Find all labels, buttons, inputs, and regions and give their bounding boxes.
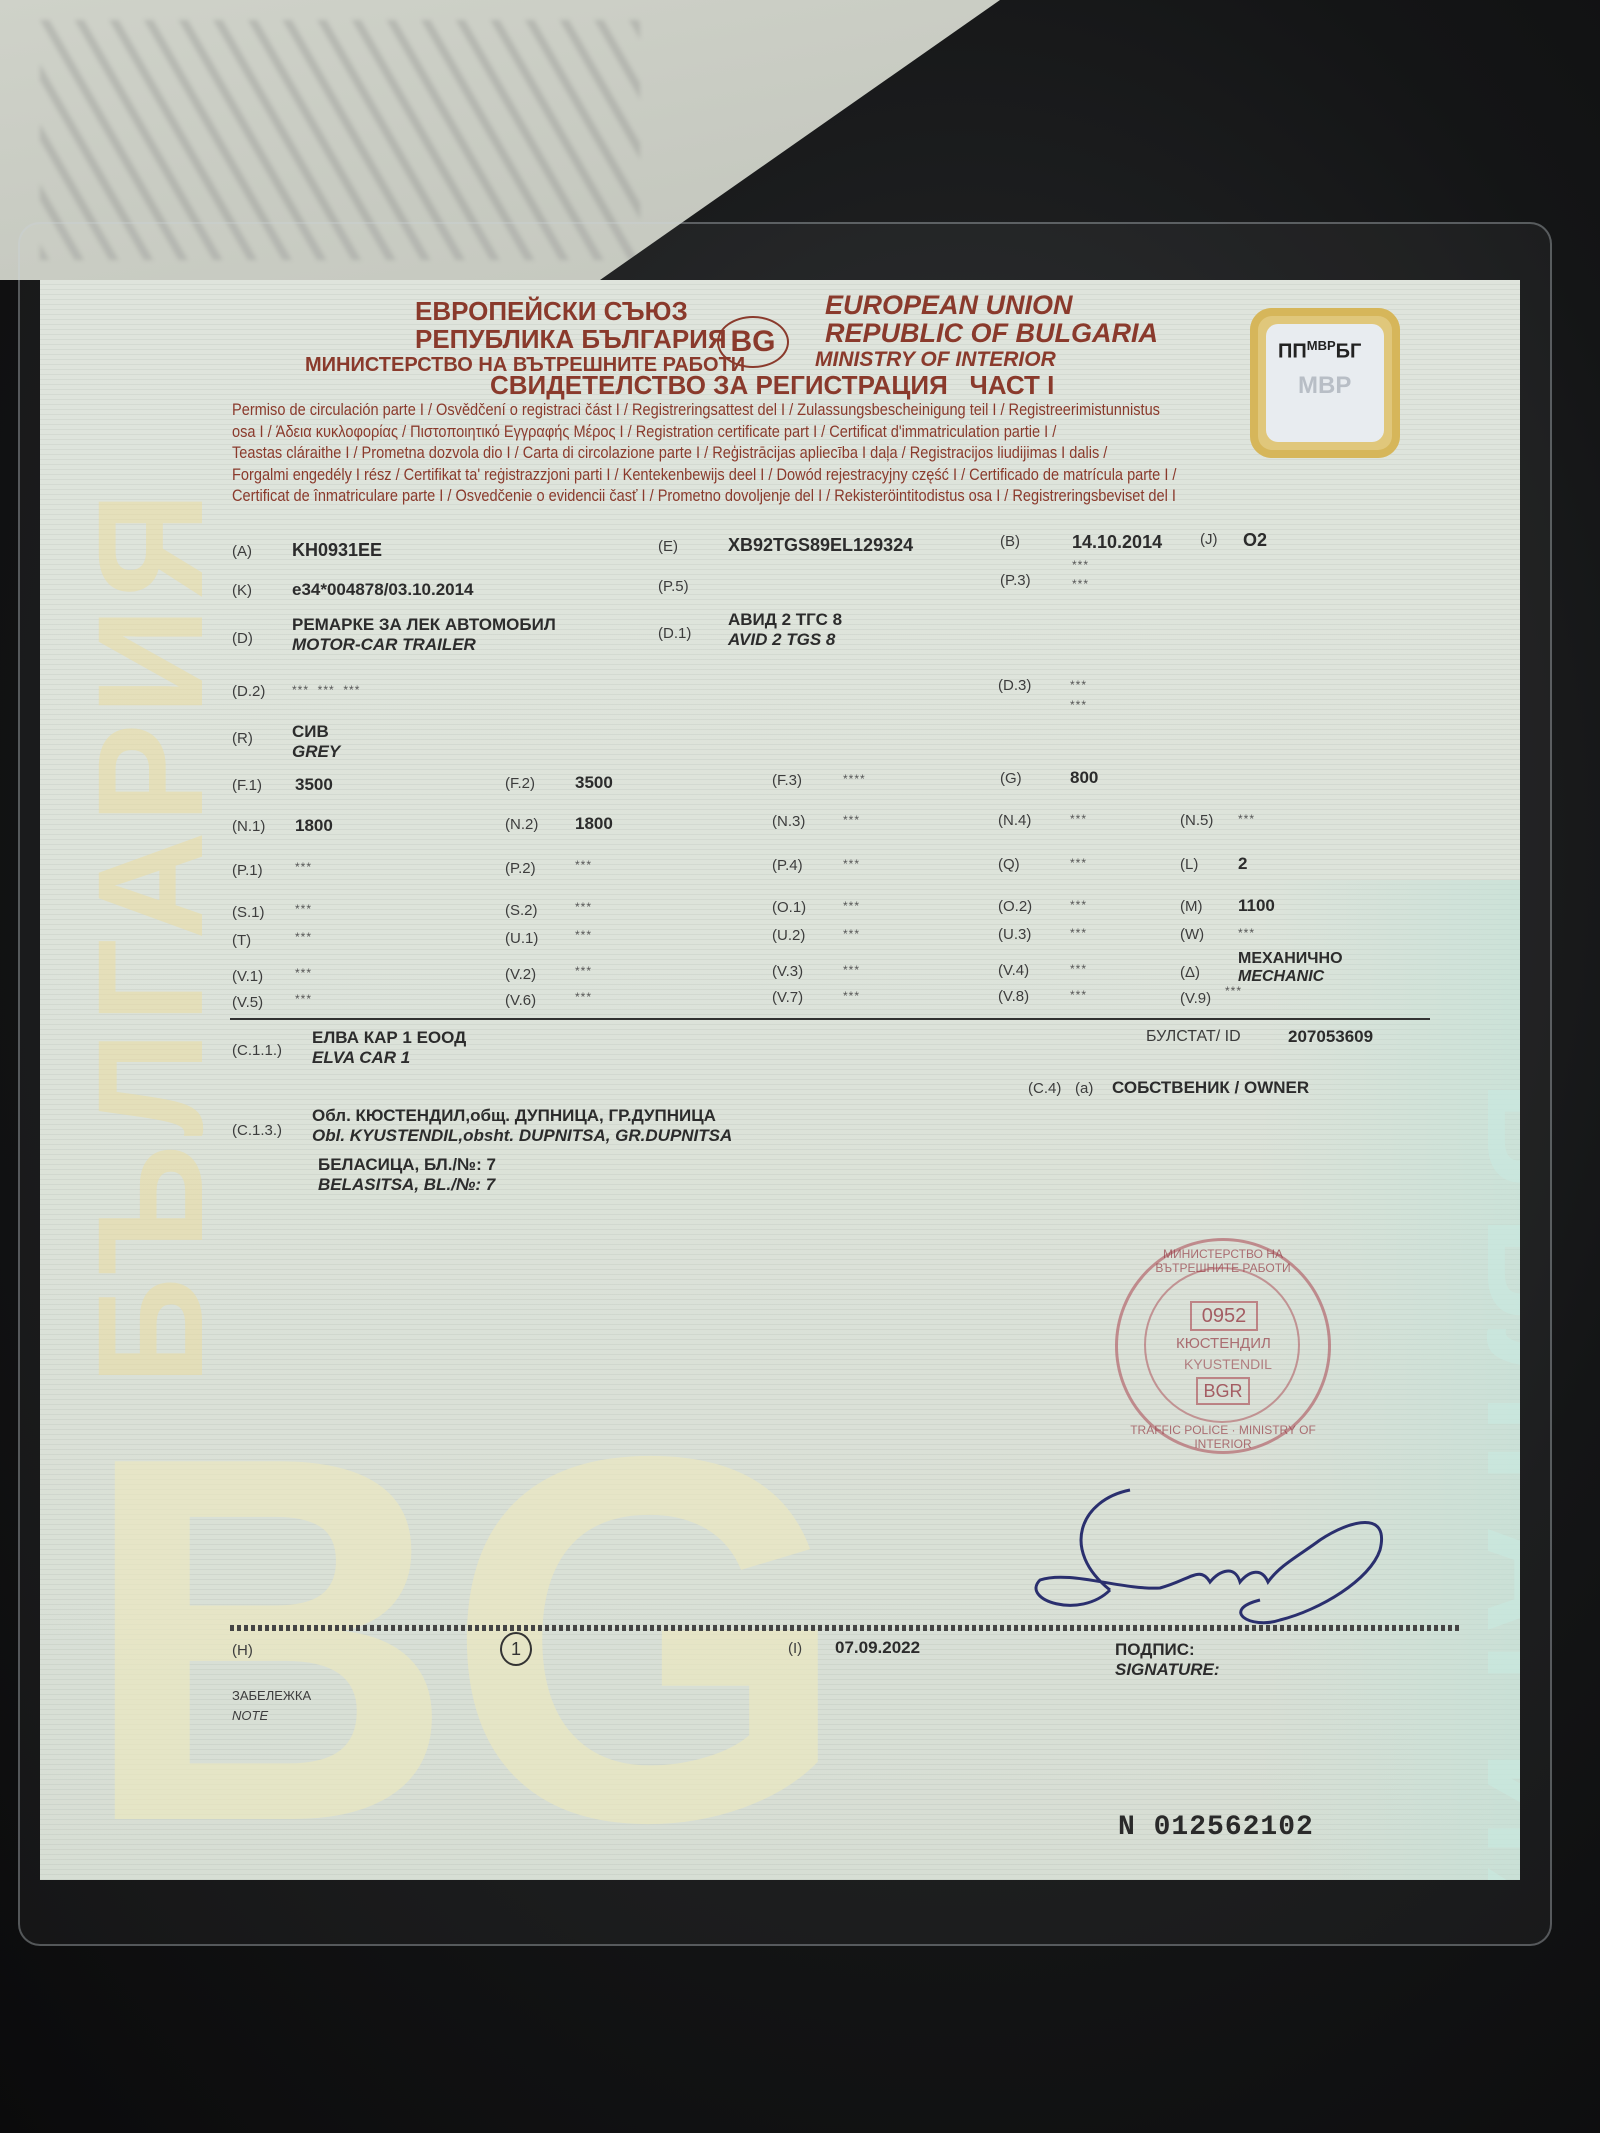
field-R-label: (R) — [232, 730, 253, 747]
field-V4-label: (V.4) — [998, 962, 1029, 979]
field-P4-label: (P.4) — [772, 857, 803, 874]
signature-scribble — [1000, 1470, 1400, 1630]
field-V8-label: (V.8) — [998, 988, 1029, 1005]
field-C13-label: (C.1.3.) — [232, 1122, 282, 1139]
field-V8-value: *** — [1070, 988, 1087, 1002]
field-F1-value: 3500 — [295, 775, 333, 795]
dotted-separator — [230, 1625, 1460, 1631]
field-W-value: *** — [1238, 926, 1255, 940]
bulstat-label: БУЛСТАТ/ ID — [1146, 1028, 1241, 1046]
field-S2-label: (S.2) — [505, 902, 538, 919]
multilingual-title-block: Permiso de circulación parte I / Osvědče… — [232, 400, 1213, 508]
field-G-label: (G) — [1000, 770, 1022, 787]
header-republic-en: REPUBLIC OF BULGARIA — [825, 318, 1158, 349]
field-D-make-en: MOTOR-CAR TRAILER — [292, 635, 476, 655]
watermark-bulgaria-left: БЪЛГАРИЯ — [85, 505, 215, 1385]
field-V1-value: *** — [295, 966, 312, 980]
field-C11-label: (C.1.1.) — [232, 1042, 282, 1059]
field-U3-label: (U.3) — [998, 926, 1031, 943]
field-V9-label: (V.9) — [1180, 990, 1211, 1007]
field-N1-label: (N.1) — [232, 818, 265, 835]
field-N5-label: (N.5) — [1180, 812, 1213, 829]
field-S1-label: (S.1) — [232, 904, 265, 921]
field-M-label: (M) — [1180, 898, 1203, 915]
field-L-label: (L) — [1180, 856, 1198, 873]
field-O1-value: *** — [843, 899, 860, 913]
field-D3-value: *** — [1070, 678, 1087, 692]
field-O2-value: *** — [1070, 898, 1087, 912]
field-P5-label: (P.5) — [658, 578, 689, 595]
field-D3-value2: *** — [1070, 698, 1087, 712]
note-label-en: NOTE — [232, 1708, 268, 1723]
field-Q-value: *** — [1070, 856, 1087, 870]
lang-line: Forgalmi engedély I rész / Certifikat ta… — [232, 465, 1213, 487]
field-P4-value: *** — [843, 857, 860, 871]
security-hologram-sticker: ППМВРБГ МВР — [1250, 308, 1400, 458]
field-I-date: 07.09.2022 — [835, 1638, 920, 1658]
field-B-sub: *** — [1072, 558, 1089, 572]
field-E-vin: XB92TGS89EL129324 — [728, 535, 913, 556]
field-D1-type-bg: АВИД 2 ТГС 8 — [728, 610, 842, 630]
header-republic-bg: РЕПУБЛИКА БЪЛГАРИЯ — [415, 324, 727, 355]
field-V2-label: (V.2) — [505, 966, 536, 983]
field-P3-value: *** — [1072, 577, 1089, 591]
field-S1-value: *** — [295, 902, 312, 916]
field-U1-label: (U.1) — [505, 930, 538, 947]
field-I-label: (I) — [788, 1640, 802, 1657]
field-P1-label: (P.1) — [232, 862, 263, 879]
field-G-value: 800 — [1070, 768, 1098, 788]
bulstat-id: 207053609 — [1288, 1027, 1373, 1047]
field-V3-label: (V.3) — [772, 963, 803, 980]
field-N3-label: (N.3) — [772, 813, 805, 830]
field-U2-value: *** — [843, 927, 860, 941]
field-V9-value: *** — [1225, 984, 1242, 998]
field-delta-label: (Δ) — [1180, 964, 1200, 981]
field-D3-label: (D.3) — [998, 677, 1031, 694]
field-L-axles: 2 — [1238, 854, 1247, 874]
field-F2-value: 3500 — [575, 773, 613, 793]
holder-name-en: ELVA CAR 1 — [312, 1048, 410, 1068]
field-U1-value: *** — [575, 928, 592, 942]
field-O2-label: (O.2) — [998, 898, 1032, 915]
address-line1-bg: Обл. КЮСТЕНДИЛ,общ. ДУПНИЦА, ГР.ДУПНИЦА — [312, 1106, 716, 1126]
watermark-bulgaria-right: БЪЛГАРИЯ — [1470, 1080, 1520, 1880]
field-V6-label: (V.6) — [505, 992, 536, 1009]
field-V2-value: *** — [575, 964, 592, 978]
field-V4-value: *** — [1070, 962, 1087, 976]
lang-line: Permiso de circulación parte I / Osvědče… — [232, 400, 1213, 422]
field-A-label: (A) — [232, 543, 252, 560]
signature-label-en: SIGNATURE: — [1115, 1660, 1220, 1680]
field-V1-label: (V.1) — [232, 968, 263, 985]
field-U3-value: *** — [1070, 926, 1087, 940]
field-B-label: (B) — [1000, 533, 1020, 550]
document-serial-number: N 012562102 — [1118, 1812, 1314, 1843]
field-R-color-bg: СИВ — [292, 722, 329, 742]
field-D2-label: (D.2) — [232, 683, 265, 700]
field-H-label: (H) — [232, 1642, 253, 1659]
field-N4-label: (N.4) — [998, 812, 1031, 829]
address-line2-bg: БЕЛАСИЦА, БЛ./№: 7 — [318, 1155, 496, 1175]
field-D2-value: *** *** *** — [292, 683, 360, 697]
document-title: СВИДЕТЕЛСТВО ЗА РЕГИСТРАЦИЯ ЧАСТ I — [490, 370, 1054, 401]
field-N5-value: *** — [1238, 812, 1255, 826]
address-line1-en: Obl. KYUSTENDIL,obsht. DUPNITSA, GR.DUPN… — [312, 1126, 732, 1146]
field-V5-value: *** — [295, 992, 312, 1006]
circled-number: 1 — [500, 1632, 532, 1666]
address-line2-en: BELASITSA, BL./№: 7 — [318, 1175, 495, 1195]
traffic-police-seal: МИНИСТЕРСТВО НА ВЪТРЕШНИТЕ РАБОТИ 0952 К… — [1115, 1238, 1331, 1454]
holder-name-bg: ЕЛВА КАР 1 ЕООД — [312, 1028, 466, 1048]
signature-label-bg: ПОДПИС: — [1115, 1640, 1195, 1660]
field-F1-label: (F.1) — [232, 777, 262, 794]
field-D-make-bg: РЕМАРКЕ ЗА ЛЕК АВТОМОБИЛ — [292, 615, 556, 635]
field-K-type-approval: e34*004878/03.10.2014 — [292, 580, 474, 600]
field-J-category: O2 — [1243, 530, 1267, 551]
field-N2-value: 1800 — [575, 814, 613, 834]
field-F3-value: **** — [843, 772, 866, 786]
field-F3-label: (F.3) — [772, 772, 802, 789]
field-V3-value: *** — [843, 963, 860, 977]
field-K-label: (K) — [232, 582, 252, 599]
field-C4-label: (C.4) — [1028, 1080, 1061, 1097]
lang-line: Teastas cláraithe I / Prometna dozvola d… — [232, 443, 1213, 465]
field-J-label: (J) — [1200, 531, 1218, 548]
field-N2-label: (N.2) — [505, 816, 538, 833]
field-Q-label: (Q) — [998, 856, 1020, 873]
field-D-label: (D) — [232, 630, 253, 647]
field-delta-suspension-en: MECHANIC — [1238, 968, 1324, 986]
field-R-color-en: GREY — [292, 742, 340, 762]
field-V7-value: *** — [843, 989, 860, 1003]
field-N4-value: *** — [1070, 812, 1087, 826]
header-ministry-en: MINISTRY OF INTERIOR — [815, 348, 1056, 372]
field-T-label: (T) — [232, 932, 251, 949]
lang-line: osa I / Άδεια κυκλοφορίας / Πιστοποιητικ… — [232, 422, 1213, 444]
field-M-value: 1100 — [1238, 896, 1275, 916]
section-divider — [230, 1018, 1430, 1020]
field-D1-type-en: AVID 2 TGS 8 — [728, 630, 835, 650]
field-N1-value: 1800 — [295, 816, 333, 836]
field-E-label: (E) — [658, 538, 678, 555]
country-code-badge: BG — [717, 316, 789, 368]
owner-status: СОБСТВЕНИК / OWNER — [1112, 1078, 1309, 1098]
field-P1-value: *** — [295, 860, 312, 874]
field-P2-value: *** — [575, 858, 592, 872]
field-V6-value: *** — [575, 990, 592, 1004]
field-U2-label: (U.2) — [772, 927, 805, 944]
field-A-plate: KH0931EE — [292, 540, 382, 561]
field-V7-label: (V.7) — [772, 989, 803, 1006]
field-P3-label: (P.3) — [1000, 572, 1031, 589]
note-label-bg: ЗАБЕЛЕЖКА — [232, 1688, 311, 1703]
field-delta-suspension-bg: МЕХАНИЧНО — [1238, 950, 1343, 968]
field-V5-label: (V.5) — [232, 994, 263, 1011]
field-P2-label: (P.2) — [505, 860, 536, 877]
header-eu-en: EUROPEAN UNION — [825, 290, 1073, 321]
header-eu-bg: ЕВРОПЕЙСКИ СЪЮЗ — [415, 296, 688, 327]
field-B-date: 14.10.2014 — [1072, 532, 1162, 553]
field-C4-sub: (a) — [1075, 1080, 1093, 1097]
field-N3-value: *** — [843, 813, 860, 827]
field-T-value: *** — [295, 930, 312, 944]
field-F2-label: (F.2) — [505, 775, 535, 792]
field-W-label: (W) — [1180, 926, 1204, 943]
field-S2-value: *** — [575, 900, 592, 914]
field-O1-label: (O.1) — [772, 899, 806, 916]
registration-certificate: БЪЛГАРИЯ БЪЛГАРИЯ BG ЕВРОПЕЙСКИ СЪЮЗ РЕП… — [40, 280, 1520, 1880]
field-D1-label: (D.1) — [658, 625, 691, 642]
lang-line: Certificat de înmatriculare parte I / Os… — [232, 486, 1213, 508]
